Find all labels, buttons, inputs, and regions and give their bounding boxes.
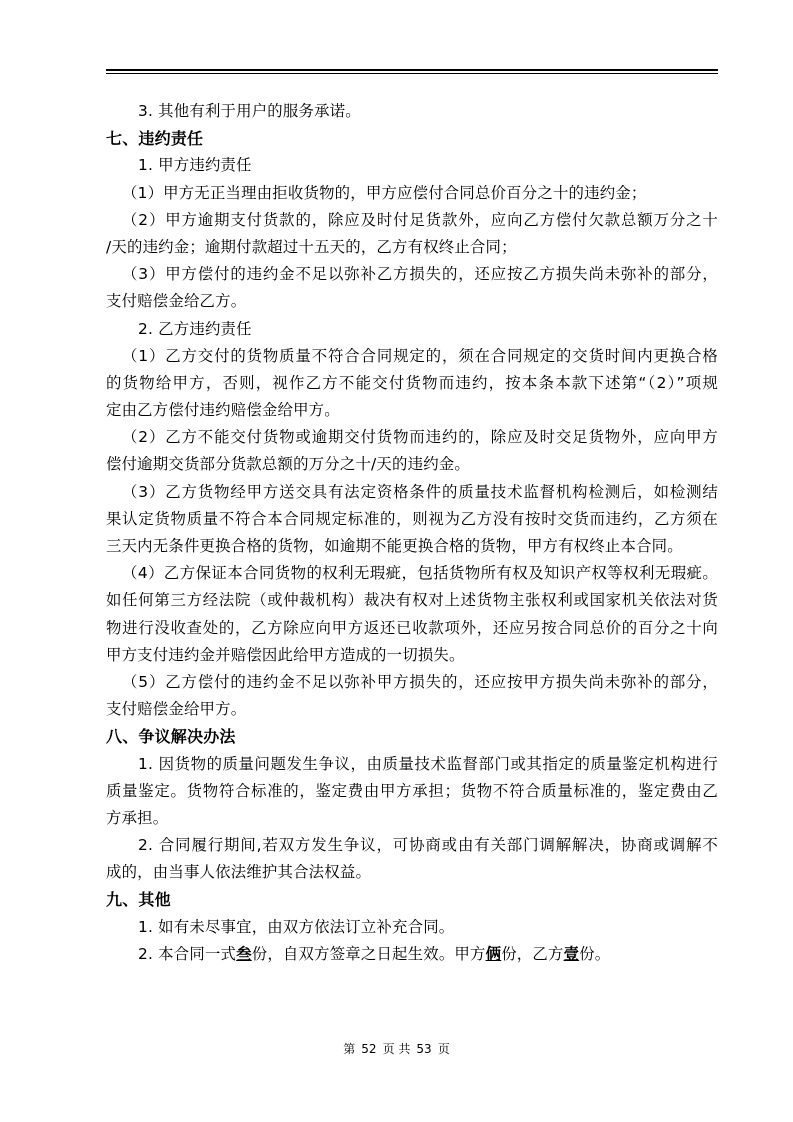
paragraph-line: 支付赔偿金给乙方。 [106, 288, 718, 315]
header-double-rule [106, 69, 718, 75]
paragraph-line: （2）乙方不能交付货物或逾期交付货物而违约的，除应及时交足货物外，应向甲方 [106, 424, 718, 451]
paragraph-line: 2. 本合同一式叁份，自双方签章之日起生效。甲方俩份，乙方壹份。 [106, 941, 718, 968]
copies-party-b-value: 壹 [564, 945, 580, 963]
header-rule-thick [106, 69, 718, 71]
section-heading: 九、其他 [106, 886, 718, 913]
paragraph-line: 质量鉴定。货物符合标准的，鉴定费由甲方承担；货物不符合质量标准的，鉴定费由乙 [106, 778, 718, 805]
paragraph-line: 3. 其他有利于用户的服务承诺。 [106, 98, 718, 125]
footer-prefix: 第 [343, 1042, 355, 1056]
paragraph-line: 方承担。 [106, 805, 718, 832]
page-footer: 第52页 共53页 [0, 1041, 793, 1057]
header-rule-thin [106, 73, 718, 74]
copies-total-value: 叁 [236, 945, 252, 963]
paragraph-line: （1）甲方无正当理由拒收货物的，甲方应偿付合同总价百分之十的违约金； [106, 180, 718, 207]
paragraph-line: （3）乙方货物经甲方送交具有法定资格条件的质量技术监督机构检测后，如检测结 [106, 479, 718, 506]
paragraph-line: 2. 合同履行期间,若双方发生争议，可协商或由有关部门调解解决，协商或调解不 [106, 832, 718, 859]
paragraph-line: 甲方支付违约金并赔偿因此给甲方造成的一切损失。 [106, 642, 718, 669]
paragraph-line: （5）乙方偿付的违约金不足以弥补甲方损失的，还应按甲方损失尚未弥补的部分， [106, 669, 718, 696]
footer-middle: 页 共 [383, 1042, 411, 1056]
last-line-text: 2. 本合同一式 [138, 945, 236, 963]
paragraph-line: 支付赔偿金给甲方。 [106, 696, 718, 723]
section-heading: 八、争议解决办法 [106, 723, 718, 750]
paragraph-line: 果认定货物质量不符合本合同规定标准的，则视为乙方没有按时交货而违约，乙方须在 [106, 506, 718, 533]
paragraph-line: 偿付逾期交货部分货款总额的万分之十/天的违约金。 [106, 451, 718, 478]
paragraph-line: 三天内无条件更换合格的货物，如逾期不能更换合格的货物，甲方有权终止本合同。 [106, 533, 718, 560]
paragraph-line: 1. 甲方违约责任 [106, 152, 718, 179]
paragraph-line: 2. 乙方违约责任 [106, 316, 718, 343]
footer-suffix: 页 [438, 1042, 450, 1056]
footer-total-pages: 53 [416, 1042, 431, 1056]
paragraph-line: 1. 因货物的质量问题发生争议，由质量技术监督部门或其指定的质量鉴定机构进行 [106, 751, 718, 778]
last-line-text: 份。 [579, 945, 610, 963]
last-line-text: 份，自双方签章之日起生效。甲方 [252, 945, 486, 963]
copies-party-a-value: 俩 [486, 945, 502, 963]
section-heading: 七、违约责任 [106, 125, 718, 152]
paragraph-line: 如任何第三方经法院（或仲裁机构）裁决有权对上述货物主张权利或国家机关依法对货 [106, 587, 718, 614]
paragraph-line: 物进行没收查处的，乙方除应向甲方返还已收款项外，还应另按合同总价的百分之十向 [106, 615, 718, 642]
paragraph-line: /天的违约金；逾期付款超过十五天的，乙方有权终止合同； [106, 234, 718, 261]
paragraph-line: （1）乙方交付的货物质量不符合合同规定的，须在合同规定的交货时间内更换合格 [106, 343, 718, 370]
paragraph-line: 成的，由当事人依法维护其合法权益。 [106, 859, 718, 886]
paragraph-line: 1. 如有未尽事宜，由双方依法订立补充合同。 [106, 914, 718, 941]
paragraph-line: 的货物给甲方，否则，视作乙方不能交付货物而违约，按本条本款下述第“（2）”项规 [106, 370, 718, 397]
paragraph-line: 定由乙方偿付违约赔偿金给甲方。 [106, 397, 718, 424]
paragraph-line: （3）甲方偿付的违约金不足以弥补乙方损失的，还应按乙方损失尚未弥补的部分， [106, 261, 718, 288]
document-body: 3. 其他有利于用户的服务承诺。七、违约责任1. 甲方违约责任（1）甲方无正当理… [106, 98, 718, 968]
footer-current-page: 52 [361, 1042, 376, 1056]
paragraph-line: （2）甲方逾期支付货款的，除应及时付足货款外，应向乙方偿付欠款总额万分之十 [106, 207, 718, 234]
paragraph-line: （4）乙方保证本合同货物的权利无瑕疵，包括货物所有权及知识产权等权利无瑕疵。 [106, 560, 718, 587]
last-line-text: 份，乙方 [501, 945, 563, 963]
